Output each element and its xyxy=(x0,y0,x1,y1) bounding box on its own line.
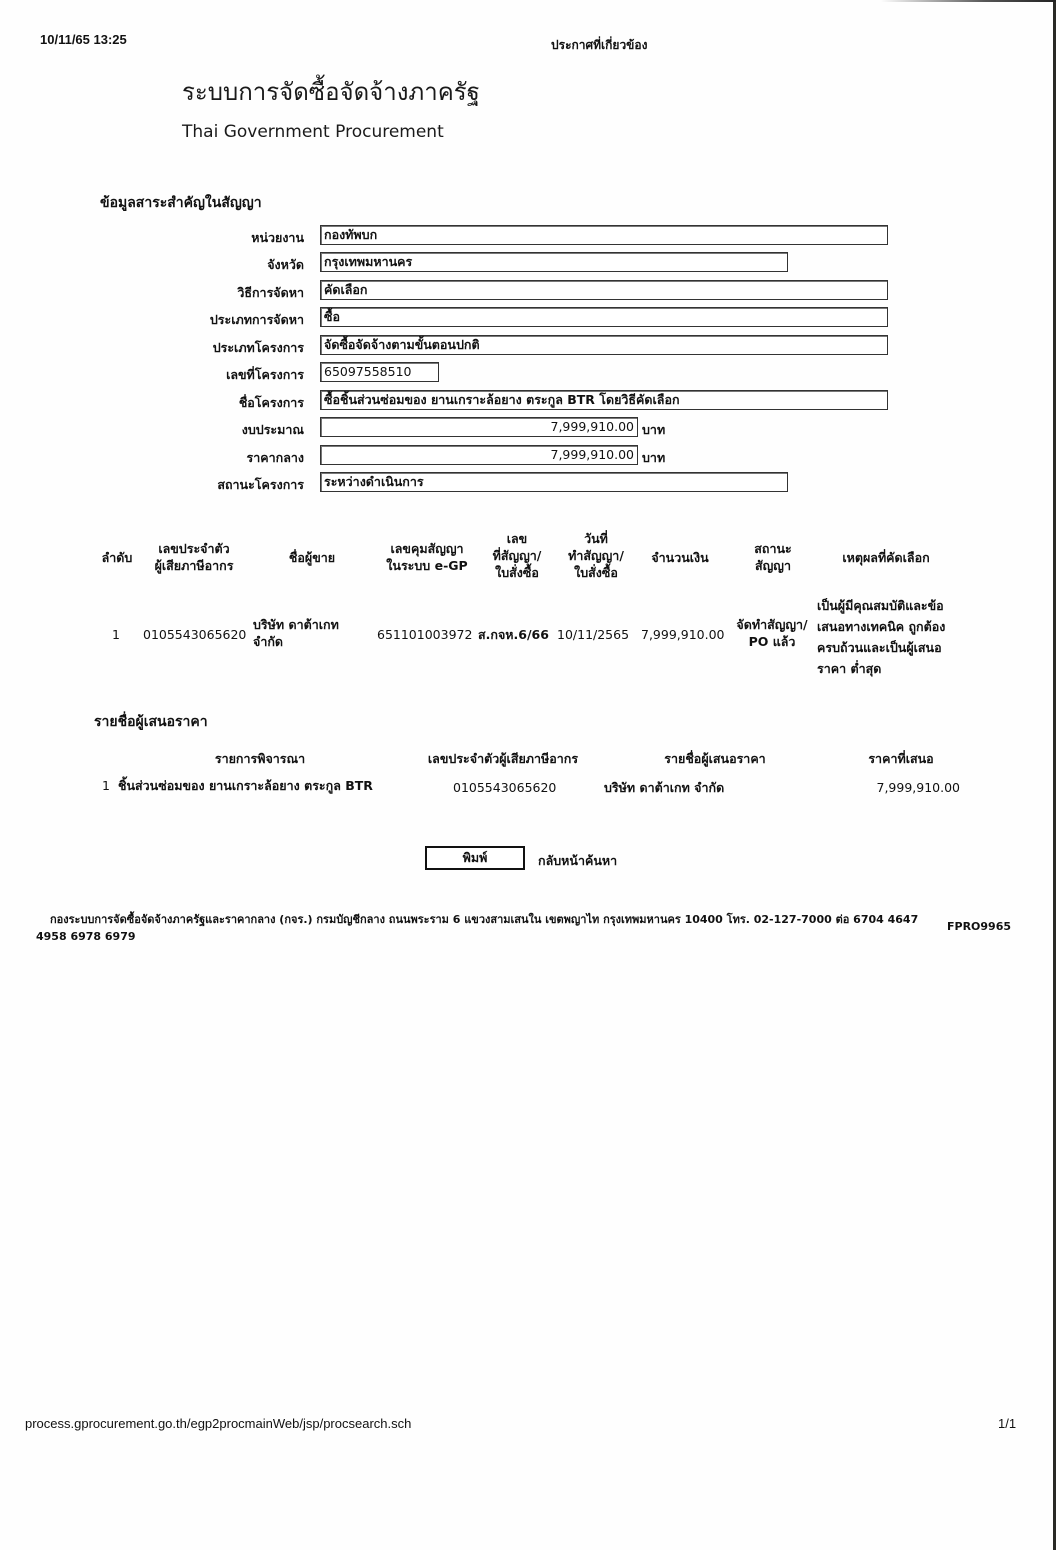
budget-unit: บาท xyxy=(642,420,665,440)
field-label-province: จังหวัด xyxy=(94,255,304,275)
field-project-type: จัดซื้อจัดจ้างตามขั้นตอนปกติ xyxy=(320,335,888,355)
field-province: กรุงเทพมหานคร xyxy=(320,252,788,272)
cell-egp-control: 651101003972 xyxy=(377,626,472,643)
field-label-project-type: ประเภทโครงการ xyxy=(94,338,304,358)
cell-no: 1 xyxy=(112,626,120,643)
bidders-heading: รายชื่อผู้เสนอราคา xyxy=(94,711,208,733)
field-procurement-method: คัดเลือก xyxy=(320,280,888,300)
field-project-name: ซื้อชิ้นส่วนซ่อมของ ยานเกราะล้อยาง ตระกู… xyxy=(320,390,888,410)
site-title-thai: ระบบการจัดซื้อจัดจ้างภาครัฐ xyxy=(182,72,480,111)
field-label-project-name: ชื่อโครงการ xyxy=(94,393,304,413)
field-reference-price: 7,999,910.00 xyxy=(320,445,638,465)
bidder-tax-id: 0105543065620 xyxy=(453,779,556,796)
bidder-no: 1 xyxy=(102,777,110,794)
cell-contract-date: 10/11/2565 xyxy=(557,626,629,643)
th-contract-date: วันที่ ทำสัญญา/ ใบสั่งซื้อ xyxy=(556,530,636,581)
footer-form-code: FPRO9965 xyxy=(947,920,1011,933)
scan-edge-top xyxy=(880,0,1056,2)
field-label-reference-price: ราคากลาง xyxy=(94,448,304,468)
th-reason: เหตุผลที่คัดเลือก xyxy=(816,549,956,566)
field-procurement-type: ซื้อ xyxy=(320,307,888,327)
field-label-budget: งบประมาณ xyxy=(94,420,304,440)
footer-phone-ext: 4958 6978 6979 xyxy=(36,930,136,943)
field-agency: กองทัพบก xyxy=(320,225,888,245)
print-button[interactable]: พิมพ์ xyxy=(425,846,525,870)
bidder-name: บริษัท ดาต้าเกท จำกัด xyxy=(604,779,724,796)
th-vendor: ชื่อผู้ขาย xyxy=(262,549,362,566)
field-label-project-number: เลขที่โครงการ xyxy=(94,365,304,385)
th-item: รายการพิจารณา xyxy=(190,750,330,767)
print-page-number: 1/1 xyxy=(998,1416,1016,1431)
cell-vendor: บริษัท ดาต้าเกท จำกัด xyxy=(253,616,339,650)
cell-reason: เป็นผู้มีคุณสมบัติและข้อ เสนอทางเทคนิค ถ… xyxy=(817,595,945,679)
field-label-method: วิธีการจัดหา xyxy=(94,283,304,303)
cell-tax-id: 0105543065620 xyxy=(143,626,246,643)
th-bidder-tax-id: เลขประจำตัวผู้เสียภาษีอากร xyxy=(408,750,598,767)
print-page-title: ประกาศที่เกี่ยวข้อง xyxy=(551,36,647,55)
field-label-agency: หน่วยงาน xyxy=(94,228,304,248)
print-url: process.gprocurement.go.th/egp2procmainW… xyxy=(25,1416,411,1431)
th-no: ลำดับ xyxy=(96,549,138,566)
th-offered-price: ราคาที่เสนอ xyxy=(846,750,956,767)
bidder-price: 7,999,910.00 xyxy=(860,779,960,796)
field-project-number: 65097558510 xyxy=(320,362,439,382)
th-bidder-name: รายชื่อผู้เสนอราคา xyxy=(640,750,790,767)
print-datetime: 10/11/65 13:25 xyxy=(40,32,127,47)
th-egp-control: เลขคุมสัญญา ในระบบ e-GP xyxy=(374,540,480,574)
cell-contract-no: ส.กจห.6/66 xyxy=(478,626,549,643)
th-amount: จำนวนเงิน xyxy=(638,549,722,566)
footer-address: กองระบบการจัดซื้อจัดจ้างภาครัฐและราคากลา… xyxy=(50,910,918,928)
contract-info-heading: ข้อมูลสาระสำคัญในสัญญา xyxy=(100,192,262,214)
field-label-project-status: สถานะโครงการ xyxy=(94,475,304,495)
back-to-search-link[interactable]: กลับหน้าค้นหา xyxy=(538,851,617,871)
cell-status: จัดทำสัญญา/ PO แล้ว xyxy=(728,616,816,650)
site-title-english: Thai Government Procurement xyxy=(182,122,444,142)
bidder-item: ชิ้นส่วนซ่อมของ ยานเกราะล้อยาง ตระกูล BT… xyxy=(118,777,373,794)
cell-amount: 7,999,910.00 xyxy=(641,626,725,643)
field-budget: 7,999,910.00 xyxy=(320,417,638,437)
field-label-procurement-type: ประเภทการจัดหา xyxy=(94,310,304,330)
th-tax-id: เลขประจำตัว ผู้เสียภาษีอากร xyxy=(138,540,250,574)
th-status: สถานะ สัญญา xyxy=(730,540,816,574)
field-project-status: ระหว่างดำเนินการ xyxy=(320,472,788,492)
th-contract-no: เลข ที่สัญญา/ ใบสั่งซื้อ xyxy=(476,530,558,581)
reference-price-unit: บาท xyxy=(642,448,665,468)
